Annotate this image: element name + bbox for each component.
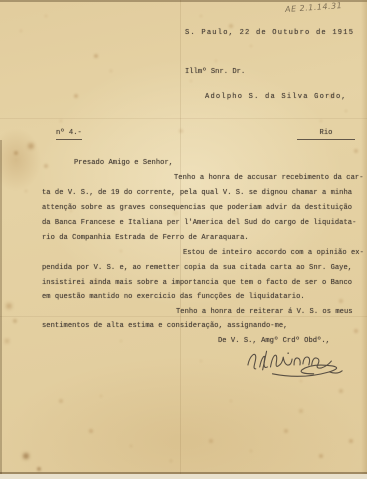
body-line: pendida por V. S. e, ao remetter copia d… [42, 264, 352, 273]
scan-backing-strip [0, 474, 367, 479]
fold-crease-horizontal-top [0, 118, 367, 119]
reference-number: nº 4.- [56, 129, 82, 140]
scan-edge-right [361, 0, 367, 479]
body-line: attenção sobre as graves consequencias q… [42, 204, 352, 213]
body-line: insistirei ainda mais sobre a importanci… [42, 279, 352, 288]
body-line: da Banca Francese e Italiana per l'Ameri… [42, 219, 356, 228]
recipient-honorific: Illmº Snr. Dr. [185, 68, 245, 77]
body-line: Estou de inteiro accordo com a opinião e… [183, 249, 364, 258]
body-line: em questão mantido no exercicio das func… [42, 293, 305, 302]
body-line: Tenho a honra de accusar recebimento da … [174, 174, 364, 183]
letter-scan: AE 2.1.14.31 S. Paulo, 22 de Outubro de … [0, 0, 367, 479]
body-line: sentimentos de alta estima e consideraçã… [42, 322, 288, 331]
scan-edge-top [0, 0, 367, 2]
salutation: Presado Amigo e Senhor, [74, 159, 173, 168]
archival-note: AE 2.1.14.31 [285, 1, 343, 14]
stain-blotch [0, 128, 42, 192]
body-line: Tenho a honra de reiterar á V. S. os meu… [176, 308, 353, 317]
body-line: ta de V. S., de 19 do corrente, pela qua… [42, 189, 352, 198]
scan-edge-left [0, 140, 2, 479]
signature-scrawl [243, 344, 351, 382]
destination: Rio [297, 129, 355, 140]
body-line: rio da Companhia Estrada de Ferro de Ara… [42, 234, 249, 243]
dateline: S. Paulo, 22 de Outubro de 1915 [185, 29, 354, 38]
recipient-name: Adolpho S. da Silva Gordo, [205, 93, 347, 102]
